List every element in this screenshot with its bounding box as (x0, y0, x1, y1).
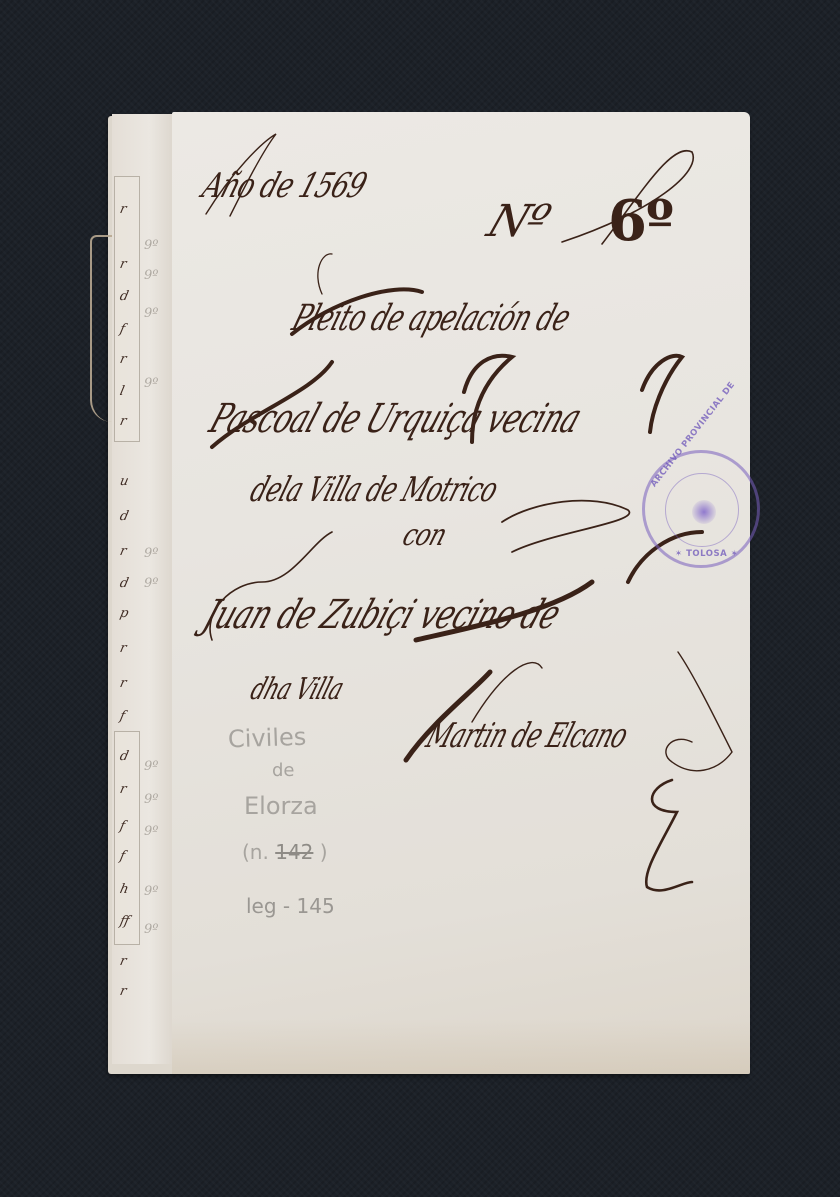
folio-mark: 9º (144, 824, 158, 839)
pencil-note-4-number: 142 (275, 840, 313, 864)
margin-mark: u (118, 474, 130, 489)
pencil-note-2: de (272, 760, 295, 781)
margin-mark: r (118, 984, 127, 999)
margin-mark: d (118, 509, 130, 524)
title-line-3: dela Villa de Motrico (246, 470, 503, 510)
binding-string (90, 235, 112, 422)
archive-stamp: ARCHIVO PROVINCIAL DE ✶ TOLOSA ✶ (642, 450, 760, 568)
folio-mark: 9º (144, 884, 158, 899)
folio-mark: 9º (144, 546, 158, 561)
legajo-note: leg - 145 (246, 894, 335, 918)
folio-mark: 9º (144, 759, 158, 774)
folio-mark: 9º (144, 792, 158, 807)
title-line-4: con (398, 518, 450, 553)
margin-mark: f (118, 709, 126, 724)
folio-mark: 9º (144, 238, 158, 253)
file-number: 6º (608, 188, 673, 254)
folio-mark: 9º (144, 306, 158, 321)
title-line-6: dha Villa (246, 672, 347, 707)
title-line-2: Pascoal de Urquiça vecina (204, 396, 587, 442)
margin-mark: r (118, 676, 127, 691)
margin-mark: d (118, 576, 130, 591)
pencil-note-4-prefix: (n. (242, 840, 269, 864)
folio-mark: 9º (144, 376, 158, 391)
folio-mark: 9º (144, 922, 158, 937)
margin-mark: r (118, 641, 127, 656)
folio-mark: 9º (144, 268, 158, 283)
pencil-note-1: Civiles (228, 723, 307, 754)
year-line: Año de 1569 (198, 166, 372, 206)
stamp-bottom-text: ✶ TOLOSA ✶ (675, 549, 738, 559)
folio-mark: 9º (144, 576, 158, 591)
manuscript-document: r r d f r l r u d r d p r r f d r f f h … (108, 112, 753, 1078)
stamp-outer-text: ARCHIVO PROVINCIAL DE (649, 380, 737, 489)
pencil-note-4-suffix: ) (320, 840, 328, 864)
pencil-note-3: Elorza (244, 792, 318, 820)
notary-signature: Martin de Elcano (422, 716, 633, 756)
stamp-emblem-icon (692, 500, 716, 524)
pencil-note-4: (n. 142 ) (242, 840, 328, 864)
binding-strip: r r d f r l r u d r d p r r f d r f f h … (112, 114, 175, 1064)
number-prefix: Nº (481, 196, 557, 247)
margin-mark: p (118, 606, 130, 621)
margin-mark: r (118, 544, 127, 559)
cover-sheet: Año de 1569 Nº 6º Pleito de apelación de… (172, 112, 750, 1074)
title-line-5: Juan de Zubiçi vecino de (198, 592, 566, 638)
title-line-1: Pleito de apelación de (287, 298, 575, 339)
margin-mark: r (118, 954, 127, 969)
